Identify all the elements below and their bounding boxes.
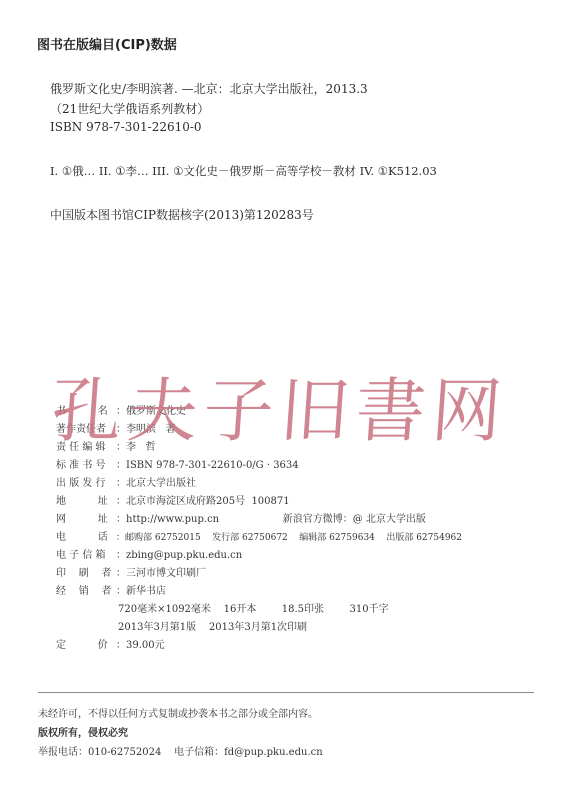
cip-isbn-line: ISBN 978-7-301-22610-0 <box>50 120 202 134</box>
colophon-row-price: 定 价：39.00元 <box>56 636 462 652</box>
colophon-label: 经 销 者 <box>56 582 116 597</box>
watermark: 孔夫子旧書网 <box>48 355 511 456</box>
cip-core-number: 中国版本图书馆CIP数据核字(2013)第120283号 <box>50 206 314 223</box>
colophon-value: ：http://www.pup.cn 新浪官方微博：@ 北京大学出版 <box>116 514 426 525</box>
cip-title-line: 俄罗斯文化史/李明滨著. —北京：北京大学出版社，2013.3 <box>50 80 368 97</box>
colophon-value: ：北京大学出版社 <box>116 478 196 489</box>
colophon-label: 标 准 书 号 <box>56 456 116 471</box>
colophon-value: ：39.00元 <box>116 640 165 651</box>
divider-rule <box>38 692 534 693</box>
colophon-value: 720毫米×1092毫米 16开本 18.5印张 310千字 <box>118 604 389 615</box>
legal-report: 举报电话：010-62752024 电子信箱：fd@pup.pku.edu.cn <box>38 743 323 758</box>
colophon-row-website: 网 址：http://www.pup.cn 新浪官方微博：@ 北京大学出版 <box>56 510 462 526</box>
colophon-value: ：三河市博文印刷厂 <box>116 568 206 579</box>
legal-notice: 未经许可，不得以任何方式复制或抄袭本书之部分或全部内容。 <box>38 705 318 720</box>
colophon-label: 出 版 发 行 <box>56 474 116 489</box>
cip-heading: 图书在版编目(CIP)数据 <box>37 34 177 53</box>
cip-series-line: （21世纪大学俄语系列教材） <box>50 100 209 117</box>
colophon-label: 网 址 <box>56 510 116 525</box>
colophon-row-email: 电 子 信 箱：zbing@pup.pku.edu.cn <box>56 546 462 562</box>
colophon-row-format: 720毫米×1092毫米 16开本 18.5印张 310千字 <box>56 600 462 616</box>
cip-classification-line: I. ①俄… II. ①李… III. ①文化史－俄罗斯－高等学校－教材 IV.… <box>50 163 437 179</box>
colophon-label: 电 话 <box>56 528 116 543</box>
colophon-label: 印 刷 者 <box>56 564 116 579</box>
colophon-row-publisher: 出 版 发 行：北京大学出版社 <box>56 474 462 490</box>
colophon-value: ：ISBN 978-7-301-22610-0/G · 3634 <box>116 460 299 471</box>
colophon-row-address: 地 址：北京市海淀区成府路205号 100871 <box>56 492 462 508</box>
colophon-row-distributor: 经 销 者：新华书店 <box>56 582 462 598</box>
colophon-row-printer: 印 刷 者：三河市博文印刷厂 <box>56 564 462 580</box>
legal-rights: 版权所有，侵权必究 <box>38 724 128 739</box>
colophon-row-phone: 电 话：邮购部 62752015 发行部 62750672 编辑部 627596… <box>56 528 462 544</box>
colophon-value: ：北京市海淀区成府路205号 100871 <box>116 496 290 507</box>
colophon-label: 电 子 信 箱 <box>56 546 116 561</box>
colophon-value: 2013年3月第1版 2013年3月第1次印刷 <box>118 622 307 633</box>
colophon-value: ：zbing@pup.pku.edu.cn <box>116 550 242 561</box>
colophon-row-isbn: 标 准 书 号：ISBN 978-7-301-22610-0/G · 3634 <box>56 456 462 472</box>
colophon-value: ：新华书店 <box>116 586 166 597</box>
colophon-label: 地 址 <box>56 492 116 507</box>
colophon-row-edition: 2013年3月第1版 2013年3月第1次印刷 <box>56 618 462 634</box>
colophon-value: ：邮购部 62752015 发行部 62750672 编辑部 62759634 … <box>116 533 462 543</box>
colophon-label: 定 价 <box>56 636 116 651</box>
